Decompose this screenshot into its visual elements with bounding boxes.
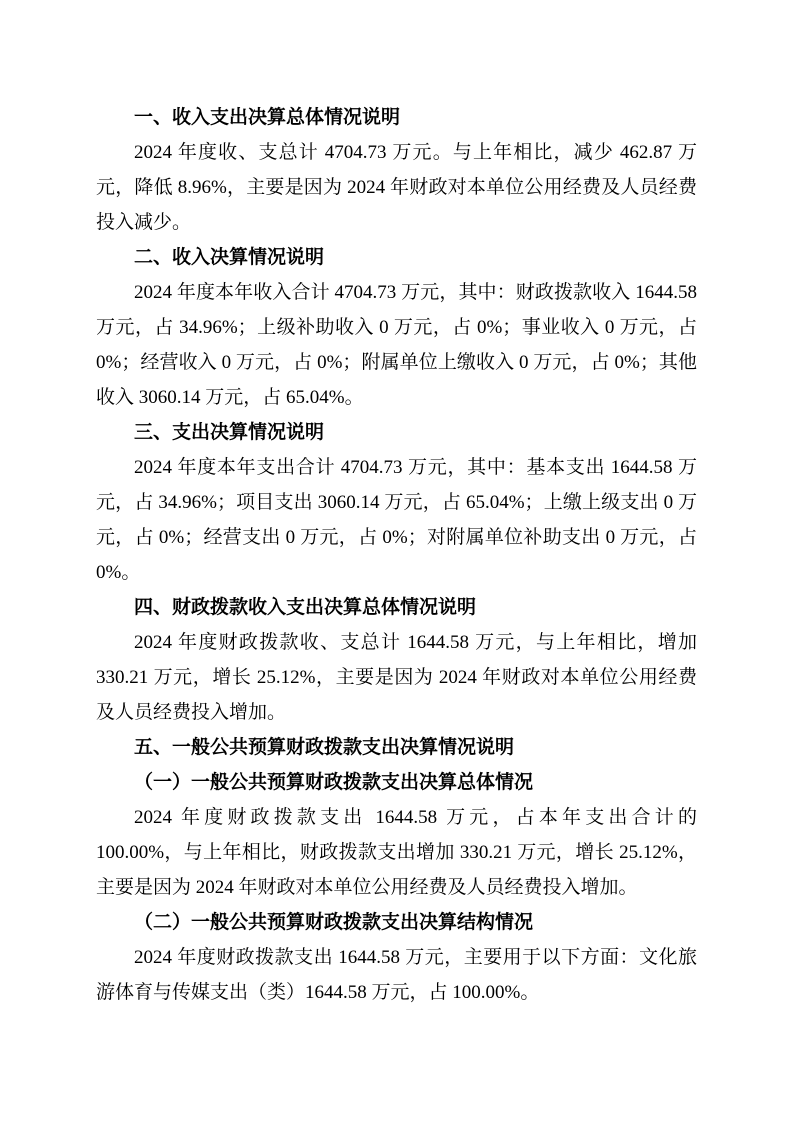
section-heading: 三、支出决算情况说明: [96, 415, 697, 450]
subsection-heading: （二）一般公共预算财政拨款支出决算结构情况: [96, 905, 697, 940]
section-heading: 二、收入决算情况说明: [96, 240, 697, 275]
section-paragraph: 2024 年度本年收入合计 4704.73 万元，其中：财政拨款收入 1644.…: [96, 275, 697, 415]
subsection-paragraph: 2024 年度财政拨款支出 1644.58 万元，主要用于以下方面：文化旅游体育…: [96, 940, 697, 1010]
section-income-settlement: 二、收入决算情况说明 2024 年度本年收入合计 4704.73 万元，其中：财…: [96, 240, 697, 415]
section-paragraph: 2024 年度财政拨款收、支总计 1644.58 万元，与上年相比，增加 330…: [96, 625, 697, 730]
section-heading: 一、收入支出决算总体情况说明: [96, 100, 697, 135]
document-page: 一、收入支出决算总体情况说明 2024 年度收、支总计 4704.73 万元。与…: [0, 0, 793, 1122]
subsection-paragraph: 2024 年度财政拨款支出 1644.58 万元，占本年支出合计的 100.00…: [96, 800, 697, 905]
section-general-public-budget-expense: 五、一般公共预算财政拨款支出决算情况说明 （一）一般公共预算财政拨款支出决算总体…: [96, 730, 697, 1010]
subsection-overall-situation: （一）一般公共预算财政拨款支出决算总体情况 2024 年度财政拨款支出 1644…: [96, 765, 697, 905]
subsection-heading: （一）一般公共预算财政拨款支出决算总体情况: [96, 765, 697, 800]
section-paragraph: 2024 年度本年支出合计 4704.73 万元，其中：基本支出 1644.58…: [96, 450, 697, 590]
subsection-structure-situation: （二）一般公共预算财政拨款支出决算结构情况 2024 年度财政拨款支出 1644…: [96, 905, 697, 1010]
section-fiscal-appropriation-overview: 四、财政拨款收入支出决算总体情况说明 2024 年度财政拨款收、支总计 1644…: [96, 590, 697, 730]
section-paragraph: 2024 年度收、支总计 4704.73 万元。与上年相比，减少 462.87 …: [96, 135, 697, 240]
section-heading: 五、一般公共预算财政拨款支出决算情况说明: [96, 730, 697, 765]
section-heading: 四、财政拨款收入支出决算总体情况说明: [96, 590, 697, 625]
section-income-expense-overview: 一、收入支出决算总体情况说明 2024 年度收、支总计 4704.73 万元。与…: [96, 100, 697, 240]
section-expense-settlement: 三、支出决算情况说明 2024 年度本年支出合计 4704.73 万元，其中：基…: [96, 415, 697, 590]
